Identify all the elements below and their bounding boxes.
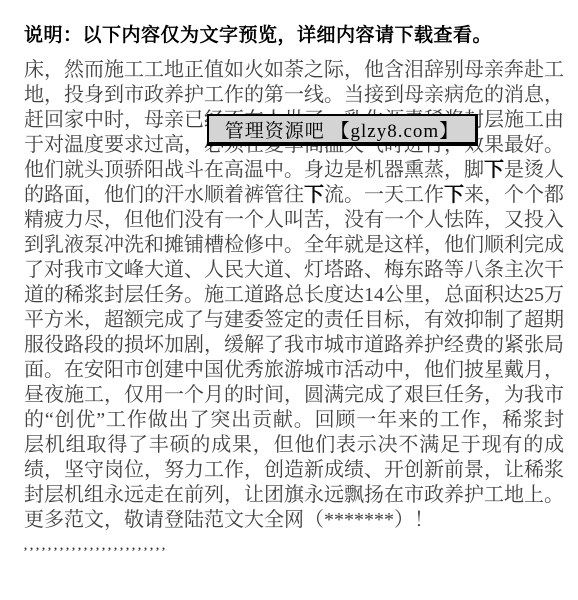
preview-notice: 说明：以下内容仅为文字预览，详细内容请下载查看。	[24, 20, 564, 47]
body-line: 精疲力尽，但他们没有一个人叫苦，没有一个人怯阵，又投入	[24, 208, 564, 233]
body-line: 了对我市文峰大道、人民大道、灯塔路、梅东路等八条主次干	[24, 258, 564, 283]
body-line: 道的稀浆封层任务。施工道路总长度达14公里，总面积达25万	[24, 283, 564, 308]
body-line: 平方米，超额完成了与建委签定的责任目标，有效抑制了超期	[24, 308, 564, 333]
highlighted-keyword: 下	[444, 184, 464, 206]
highlighted-keyword: 下	[304, 184, 324, 206]
body-line: 层机组取得了丰硕的成果，但他们表示决不满足于现有的成	[24, 433, 564, 458]
body-line: 昼夜施工，仅用一个月的时间，圆满完成了艰巨任务，为我市	[24, 383, 564, 408]
body-line: 服役路段的损坏加剧，缓解了我市城市道路养护经费的紧张局	[24, 333, 564, 358]
body-line: 床，然而施工工地正值如火如荼之际，他含泪辞别母亲奔赴工	[24, 58, 564, 83]
highlighted-keyword: 下	[484, 159, 504, 181]
body-line: 面。在安阳市创建中国优秀旅游城市活动中，他们披星戴月，	[24, 358, 564, 383]
body-line: 他们就头顶骄阳战斗在高温中。身边是机器熏蒸，脚下是烫人	[24, 158, 564, 183]
body-line: 的“创优”工作做出了突出贡献。回顾一年来的工作，稀浆封	[24, 408, 564, 433]
body-line: 封层机组永远走在前列，让团旗永远飘扬在市政养护工地上。	[24, 483, 564, 508]
body-line: 地，投身到市政养护工作的第一线。当接到母亲病危的消息，	[24, 83, 564, 108]
watermark-badge: 管理资源吧 【glzy8.com】	[207, 114, 478, 146]
body-line: 的路面，他们的汗水顺着裤管往下流。一天工作下来，个个都	[24, 183, 564, 208]
body-line: 绩，坚守岗位，努力工作，创造新成绩、开创新前景，让稀浆	[24, 458, 564, 483]
trailing-marks-line: ,,,,,,,,,,,,,,,,,,,,,,,,	[24, 533, 564, 564]
watermark-text: 管理资源吧 【glzy8.com】	[225, 116, 459, 143]
body-line: 到乳液泵冲洗和摊铺槽检修中。全年就是这样，他们顺利完成	[24, 233, 564, 258]
body-line: 更多范文，敬请登陆范文大全网（*******）！	[24, 508, 564, 533]
